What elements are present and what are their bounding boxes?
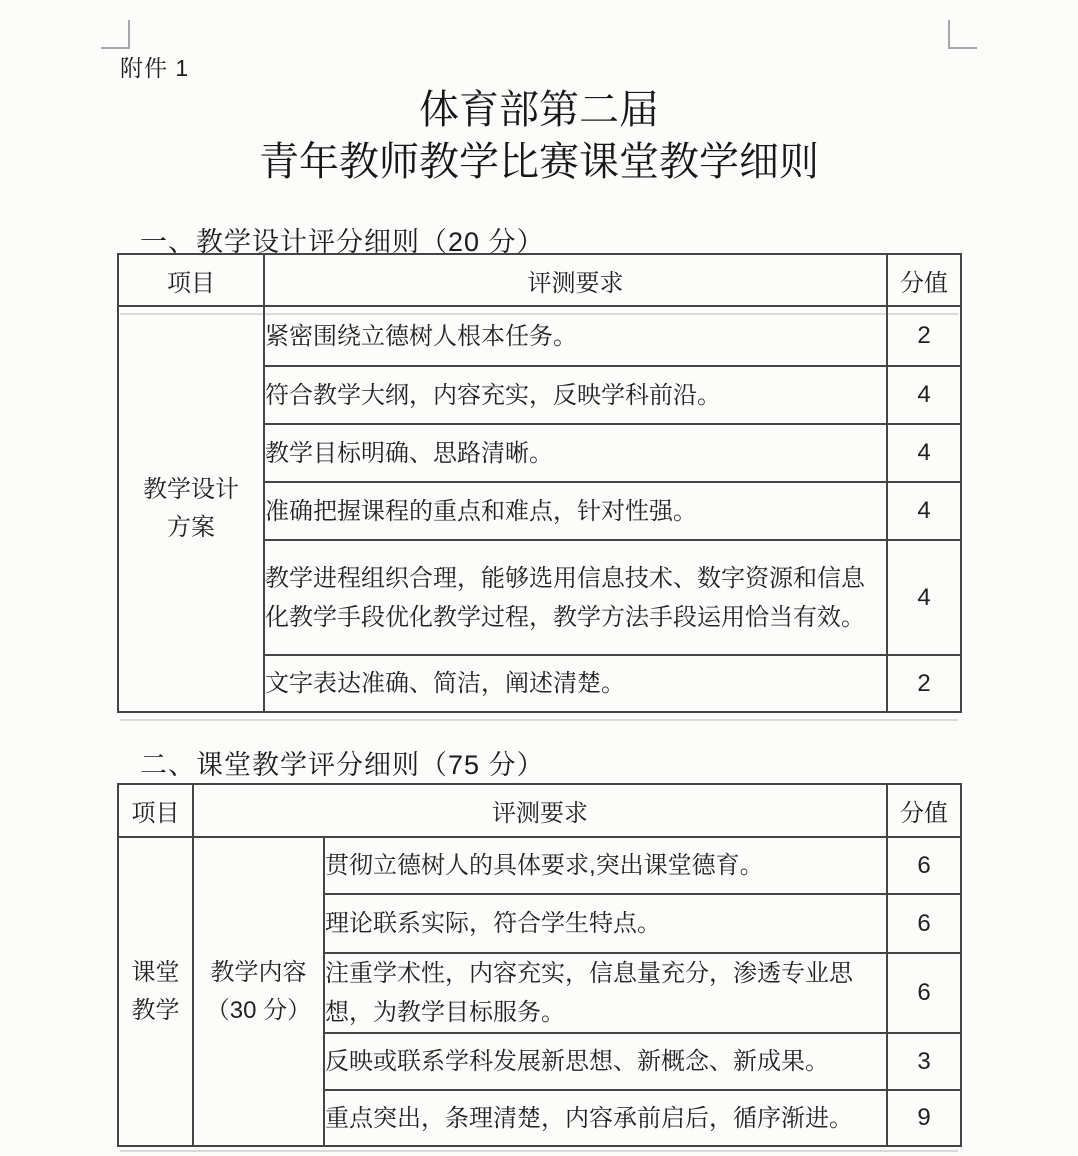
requirement-cell: 注重学术性，内容充实，信息量充分，渗透专业思想，为教学目标服务。 [324, 953, 887, 1033]
item-group-cell: 课堂 教学 [118, 837, 193, 1146]
column-header-item: 项目 [118, 254, 264, 306]
requirement-cell: 教学目标明确、思路清晰。 [264, 424, 887, 482]
margin-corner-mark-right [948, 20, 977, 49]
score-cell: 6 [887, 894, 961, 953]
document-page: 附件 1 体育部第二届青年教师教学比赛课堂教学细则 一、教学设计评分细则（20 … [0, 0, 1078, 1156]
score-cell: 4 [887, 366, 961, 424]
scan-ghost-line [120, 719, 958, 721]
table-header-row: 项目 评测要求 分值 [118, 254, 961, 306]
column-header-requirement: 评测要求 [193, 784, 887, 837]
column-header-requirement: 评测要求 [264, 254, 887, 306]
requirement-cell: 准确把握课程的重点和难点，针对性强。 [264, 482, 887, 540]
table-header-row: 项目 评测要求 分值 [118, 784, 961, 837]
column-header-score: 分值 [887, 784, 961, 837]
teaching-design-rubric-table: 项目 评测要求 分值 教学设计 方案 紧密围绕立德树人根本任务。 2 符合教学大… [117, 253, 962, 713]
score-cell: 4 [887, 424, 961, 482]
section2-heading: 二、课堂教学评分细则（75 分） [140, 743, 545, 782]
table-row: 课堂 教学 教学内容 （30 分） 贯彻立德树人的具体要求,突出课堂德育。 6 [118, 837, 961, 894]
score-cell: 4 [887, 482, 961, 540]
item-subgroup-cell: 教学内容 （30 分） [193, 837, 324, 1146]
column-header-score: 分值 [887, 254, 961, 306]
score-cell: 6 [887, 953, 961, 1033]
requirement-cell: 符合教学大纲，内容充实，反映学科前沿。 [264, 366, 887, 424]
requirement-cell: 反映或联系学科发展新思想、新概念、新成果。 [324, 1033, 887, 1090]
score-cell: 6 [887, 837, 961, 894]
document-title-line2: 青年教师教学比赛课堂教学细则 [259, 140, 819, 184]
score-cell: 9 [887, 1090, 961, 1146]
requirement-cell: 紧密围绕立德树人根本任务。 [264, 306, 887, 366]
margin-corner-mark-left [101, 20, 130, 49]
classroom-teaching-rubric-table: 项目 评测要求 分值 课堂 教学 教学内容 （30 分） 贯彻立德树人的具体要求… [117, 783, 962, 1147]
scan-ghost-line [120, 1150, 958, 1152]
table-row: 教学设计 方案 紧密围绕立德树人根本任务。 2 [118, 306, 961, 366]
requirement-cell: 文字表达准确、简洁，阐述清楚。 [264, 655, 887, 712]
scan-ghost-line [120, 313, 958, 315]
column-header-item: 项目 [118, 784, 193, 837]
document-title: 体育部第二届青年教师教学比赛课堂教学细则 [0, 84, 1078, 188]
requirement-cell: 理论联系实际，符合学生特点。 [324, 894, 887, 953]
document-title-line1: 体育部第二届 [419, 88, 659, 132]
requirement-cell: 贯彻立德树人的具体要求,突出课堂德育。 [324, 837, 887, 894]
score-cell: 3 [887, 1033, 961, 1090]
score-cell: 2 [887, 306, 961, 366]
score-cell: 4 [887, 540, 961, 655]
attachment-label: 附件 1 [120, 50, 189, 83]
score-cell: 2 [887, 655, 961, 712]
requirement-cell: 教学进程组织合理，能够选用信息技术、数字资源和信息化教学手段优化教学过程，教学方… [264, 540, 887, 655]
item-group-cell: 教学设计 方案 [118, 306, 264, 712]
requirement-cell: 重点突出，条理清楚，内容承前启后，循序渐进。 [324, 1090, 887, 1146]
